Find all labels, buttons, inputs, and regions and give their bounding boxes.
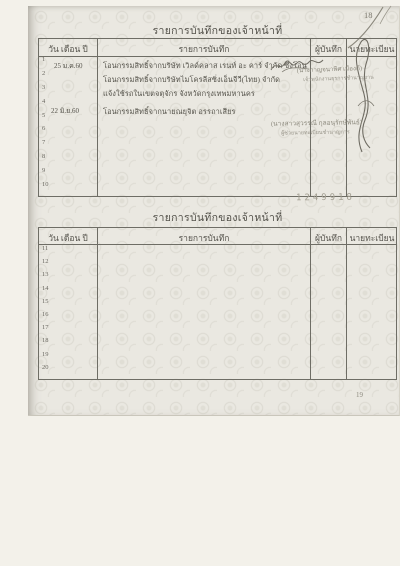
entry2-text: โอนกรรมสิทธิ์จากบริษัทไมโครลีสซิ่งเอ็นจี…: [103, 74, 280, 86]
row-number: 10: [42, 182, 54, 196]
page-number-top: 18: [364, 10, 373, 20]
table2-divider-2: [310, 228, 311, 379]
row-number: 19: [42, 352, 54, 365]
row-number: 18: [42, 338, 54, 351]
entry3-text: แจ้งใช้รถในเขตจตุจักร จังหวัดกรุงเทพมหาน…: [103, 88, 255, 100]
officer2-name: (นางสาวสุวรรณี กุลอนุรักษ์พันธ์): [271, 116, 362, 129]
officer2-title: ผู้ช่วยนายทะเบียนชำนาญการ: [281, 128, 362, 137]
row-number: 1: [42, 57, 54, 71]
page-number-bottom: 19: [356, 391, 363, 399]
table2-divider-3: [346, 228, 347, 379]
entry4-text: โอนกรรมสิทธิ์จากนายณยุจิต อรรถาเสียร: [103, 106, 236, 118]
entry1-date: 25 ม.ค.60: [54, 61, 83, 72]
row-number: 20: [42, 365, 54, 378]
row-number: 15: [42, 299, 54, 312]
scanned-document-sheet: 18 รายการบันทึกของเจ้าหน้าที่ วัน เดือน …: [0, 0, 400, 566]
table2-header-record: รายการบันทึก: [98, 231, 310, 245]
serial-number-stamp: 1249918: [296, 193, 355, 204]
table2-header-registrar: นายทะเบียน: [347, 231, 397, 245]
entry4-date: 22 มิ.ย.60: [51, 106, 79, 117]
row-number: 6: [42, 126, 54, 140]
row-number: 3: [42, 85, 54, 99]
table1-row-numbers: 1 2 3 4 5 6 7 8 9 10: [42, 57, 54, 196]
row-number: 8: [42, 154, 54, 168]
table1-divider-1: [97, 39, 98, 196]
row-number: 7: [42, 140, 54, 154]
row-number: 2: [42, 71, 54, 85]
table1-header-date: วัน เดือน ปี: [39, 42, 97, 56]
row-number: 9: [42, 168, 54, 182]
table2-row-numbers: 11 12 13 14 15 16 17 18 19 20: [42, 246, 54, 378]
table2-header-recorder: ผู้บันทึก: [311, 231, 346, 245]
officer-stamp-2: (นางสาวสุวรรณี กุลอนุรักษ์พันธ์) ผู้ช่วย…: [271, 116, 362, 138]
table2-divider-1: [97, 228, 98, 379]
row-number: 13: [42, 272, 54, 285]
record-table-2: วัน เดือน ปี รายการบันทึก ผู้บันทึก นายท…: [38, 227, 397, 380]
officer-stamp-1: (นางกาญจนาพิศ เมืองดี) เจ้าพนักงานธุรการ…: [297, 63, 374, 85]
row-number: 14: [42, 286, 54, 299]
table2-title: รายการบันทึกของเจ้าหน้าที่: [38, 209, 397, 226]
table2-header-date: วัน เดือน ปี: [39, 231, 97, 245]
